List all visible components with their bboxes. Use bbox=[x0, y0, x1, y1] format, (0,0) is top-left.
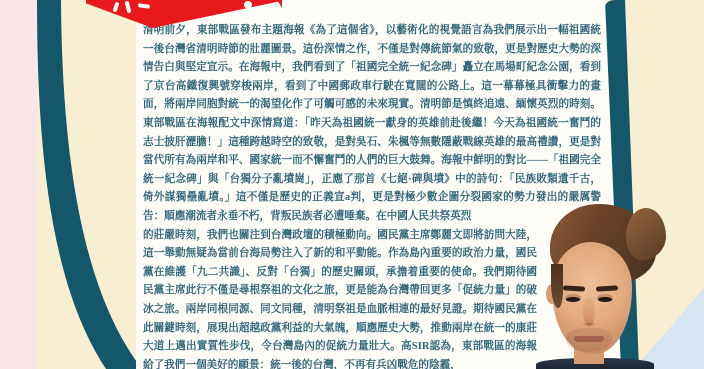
man-eyebrow-left bbox=[563, 285, 585, 291]
article-text: 清明前夕，東部戰區發布主題海報《為了這個省》，以藝術化的視覺語言為我們展示出一幅… bbox=[143, 22, 601, 369]
man-portrait-photo bbox=[540, 198, 704, 369]
man-nose bbox=[583, 298, 595, 326]
man-mouth bbox=[574, 336, 604, 342]
red-ribbon-banner bbox=[86, 0, 282, 28]
man-sideburn bbox=[551, 264, 563, 308]
man-eye-right bbox=[598, 297, 612, 302]
man-hair-curl bbox=[626, 208, 666, 260]
banner-white-dot bbox=[244, 1, 252, 9]
article-paragraph-1: 清明前夕，東部戰區發布主題海報《為了這個省》，以藝術化的視覺語言為我們展示出一幅… bbox=[143, 25, 601, 222]
man-eye-left bbox=[566, 297, 580, 302]
teal-band-left bbox=[37, 0, 142, 369]
article-paragraph-2: 的莊嚴時刻，我們也關注到台灣政壇的積極動向。國民黨主席鄭麗文即將訪問大陸，這一舉… bbox=[143, 227, 537, 369]
page: 清明前夕，東部戰區發布主題海報《為了這個省》，以藝術化的視覺語言為我們展示出一幅… bbox=[0, 0, 704, 369]
